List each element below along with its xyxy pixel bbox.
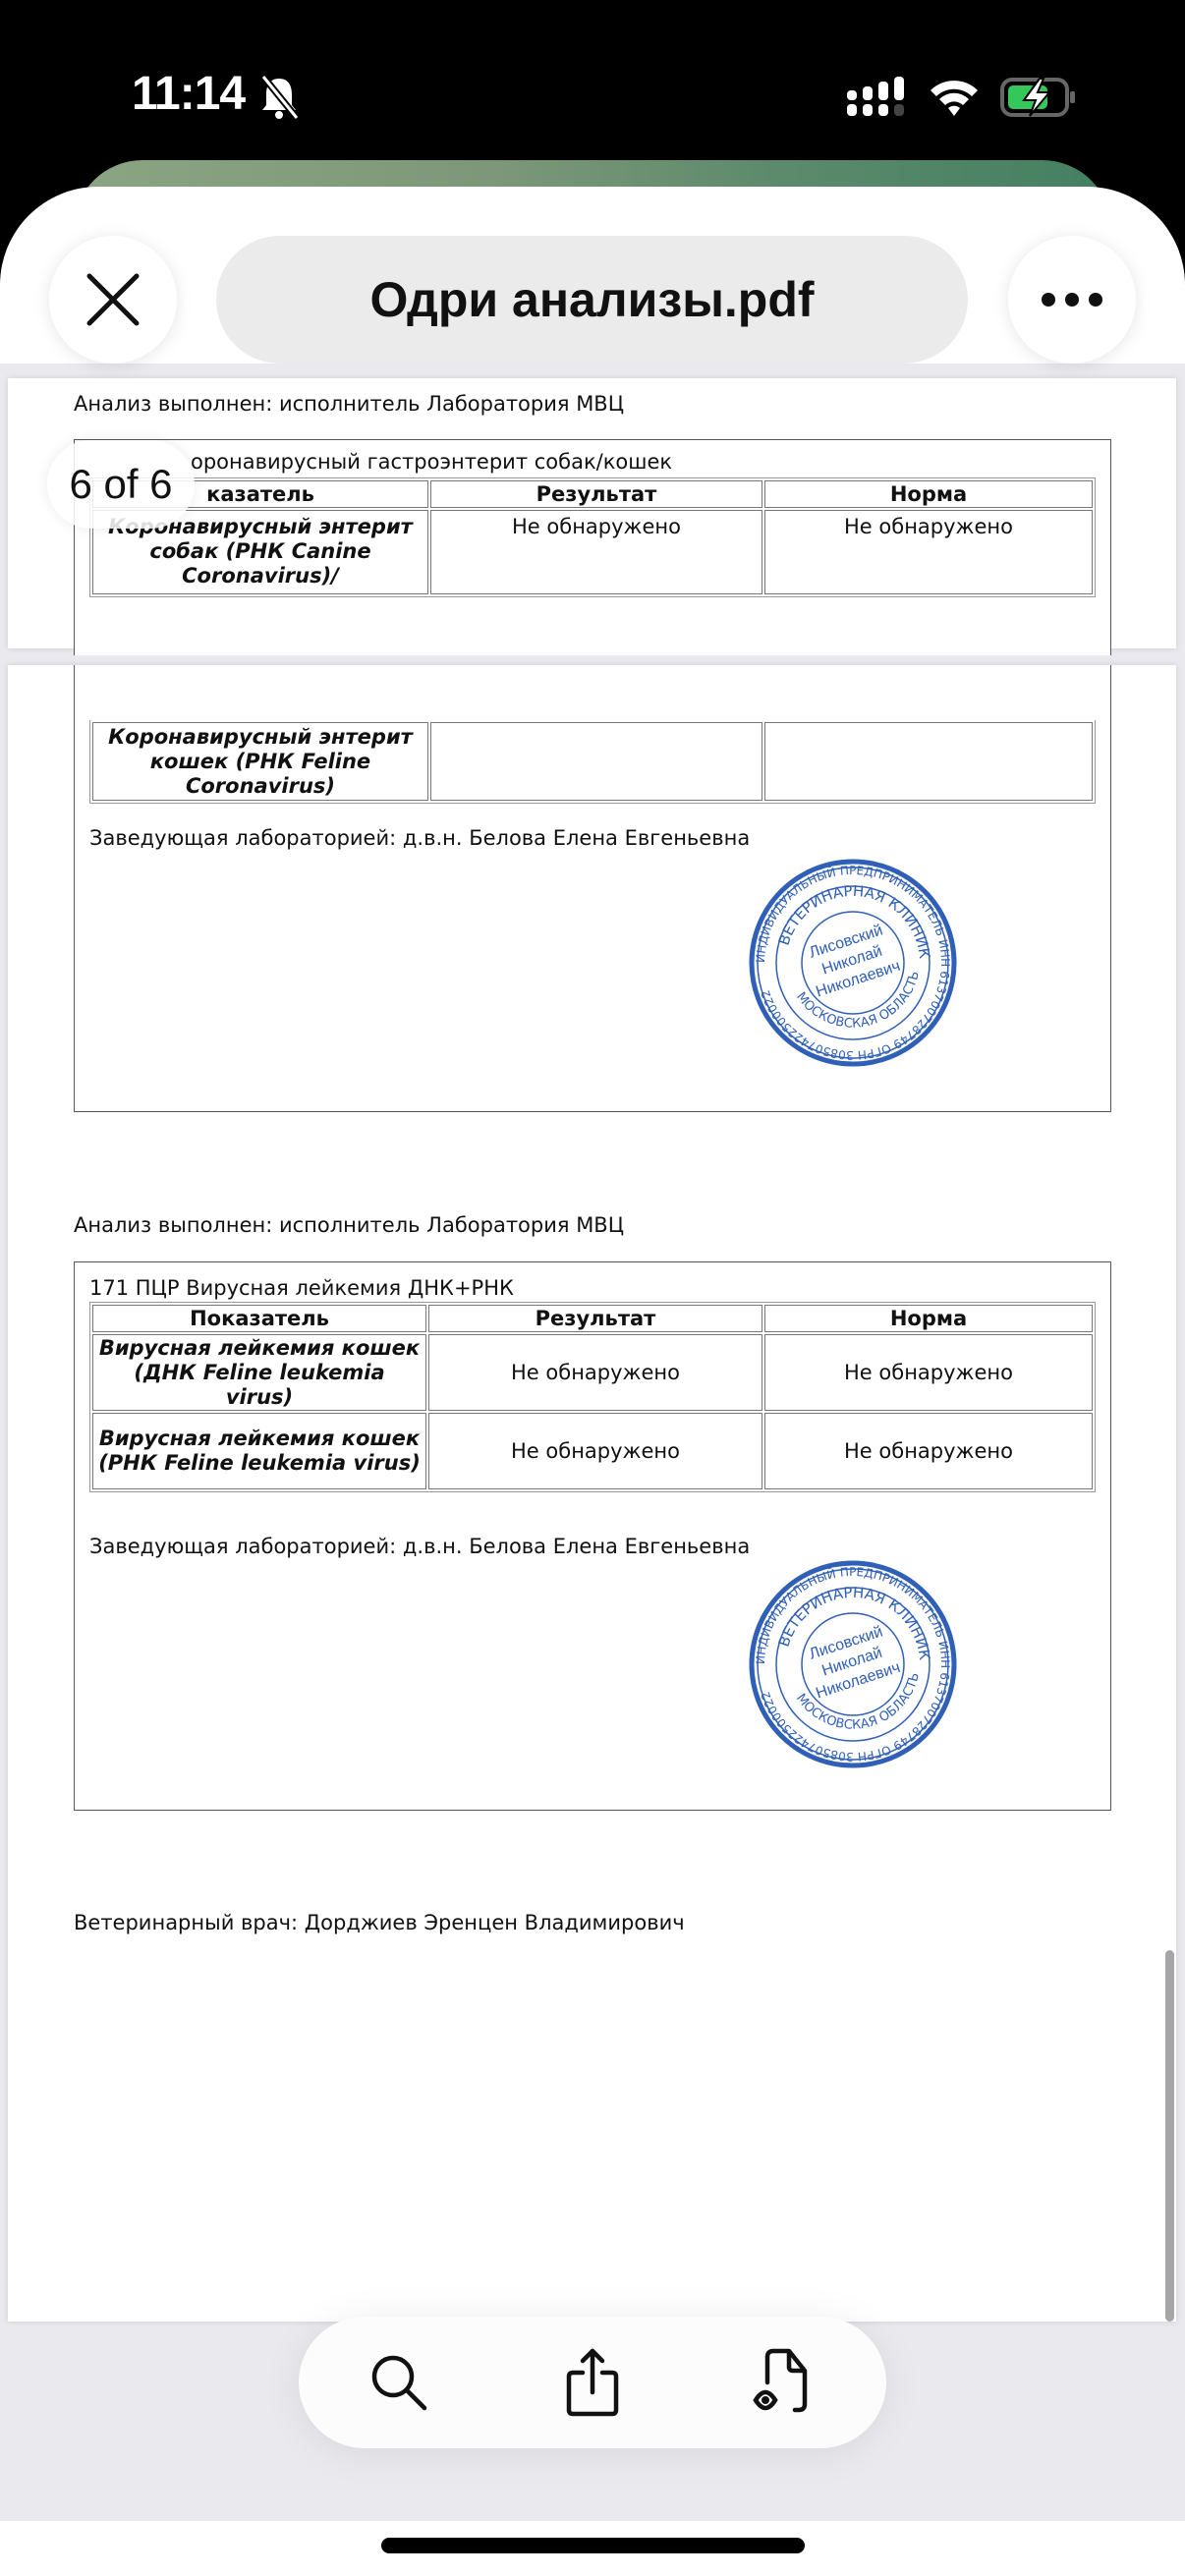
table-row: Вирусная лейкемия кошек (ДНК Feline leuk… [92, 1334, 1093, 1411]
wifi-icon [929, 77, 980, 118]
col-header-result: Результат [428, 1305, 762, 1332]
table-row: Коронавирусный энтерит кошек (РНК Feline… [92, 722, 1093, 801]
clinic-stamp: ИНДИВИДУАЛЬНЫЙ ПРЕДПРИНИМАТЕЛЬ ИНН 61370… [749, 859, 957, 1067]
silent-bell-icon [257, 73, 301, 122]
norm-cell: Не обнаружено [764, 1413, 1093, 1489]
result-box-2: 171 ПЦР Вирусная лейкемия ДНК+РНК Показа… [74, 1261, 1111, 1811]
performed-by-text-2: Анализ выполнен: исполнитель Лаборатория… [74, 1213, 624, 1237]
vet-doctor-text: Ветеринарный врач: Дорджиев Эренцен Влад… [74, 1911, 685, 1934]
result-cell: Не обнаружено [428, 1334, 762, 1411]
norm-cell: Не обнаружено [764, 510, 1093, 594]
norm-cell [764, 722, 1093, 801]
document-preview-icon [752, 2347, 815, 2418]
page-indicator: 6 of 6 [47, 440, 195, 529]
head-of-lab-text: Заведующая лабораторией: д.в.н. Белова Е… [89, 826, 750, 850]
col-header-result: Результат [430, 480, 762, 508]
table-caption: оронавирусный гастроэнтерит собак/кошек [191, 450, 672, 474]
document-title-text: Одри анализы.pdf [369, 271, 814, 328]
table-caption-2: 171 ПЦР Вирусная лейкемия ДНК+РНК [89, 1276, 514, 1300]
vertical-scrollbar[interactable] [1165, 1950, 1174, 2322]
result-box: оронавирусный гастроэнтерит собак/кошек … [74, 439, 1111, 655]
result-cell: Не обнаружено [428, 1413, 762, 1489]
more-button[interactable] [1008, 236, 1136, 364]
head-of-lab-text-2: Заведующая лабораторией: д.в.н. Белова Е… [89, 1535, 750, 1558]
share-button[interactable] [553, 2343, 632, 2422]
search-button[interactable] [360, 2343, 438, 2422]
share-icon [561, 2347, 624, 2418]
indicator-cell: Вирусная лейкемия кошек (РНК Feline leuk… [92, 1413, 426, 1489]
close-button[interactable] [49, 236, 177, 364]
pdf-page-current: Коронавирусный энтерит кошек (РНК Feline… [8, 665, 1176, 2322]
result-cell: Не обнаружено [430, 510, 762, 594]
clinic-stamp-2: ИНДИВИДУАЛЬНЫЙ ПРЕДПРИНИМАТЕЛЬ ИНН 61370… [749, 1560, 957, 1768]
table-row: Вирусная лейкемия кошек (РНК Feline leuk… [92, 1413, 1093, 1489]
indicator-cell: Вирусная лейкемия кошек (ДНК Feline leuk… [92, 1334, 426, 1411]
results-table-continued: Коронавирусный энтерит кошек (РНК Feline… [89, 720, 1096, 804]
cellular-signal-icon [847, 77, 916, 120]
battery-charging-icon [1000, 77, 1077, 118]
home-indicator[interactable] [381, 2538, 805, 2553]
result-box-continued: Коронавирусный энтерит кошек (РНК Feline… [74, 665, 1111, 1112]
performed-by-text: Анализ выполнен: исполнитель Лаборатория… [74, 392, 624, 416]
quick-look-button[interactable] [744, 2343, 822, 2422]
col-header-norm: Норма [764, 480, 1093, 508]
col-header-indicator: Показатель [92, 1305, 426, 1332]
search-icon [367, 2351, 430, 2414]
results-table: казатель Результат Норма Коронавирусный … [89, 477, 1096, 597]
status-time: 11:14 [132, 67, 245, 121]
result-cell [430, 722, 762, 801]
bottom-toolbar [299, 2317, 886, 2448]
col-header-norm: Норма [764, 1305, 1093, 1332]
status-bar: 11:14 [0, 0, 1185, 187]
document-title[interactable]: Одри анализы.pdf [216, 236, 968, 364]
table-row: Коронавирусный энтерит собак (РНК Canine… [92, 510, 1093, 594]
results-table-2: Показатель Результат Норма Вирусная лейк… [89, 1302, 1096, 1492]
ellipsis-icon [1041, 292, 1103, 308]
indicator-cell: Коронавирусный энтерит кошек (РНК Feline… [92, 722, 428, 801]
norm-cell: Не обнаружено [764, 1334, 1093, 1411]
close-icon [85, 272, 141, 327]
